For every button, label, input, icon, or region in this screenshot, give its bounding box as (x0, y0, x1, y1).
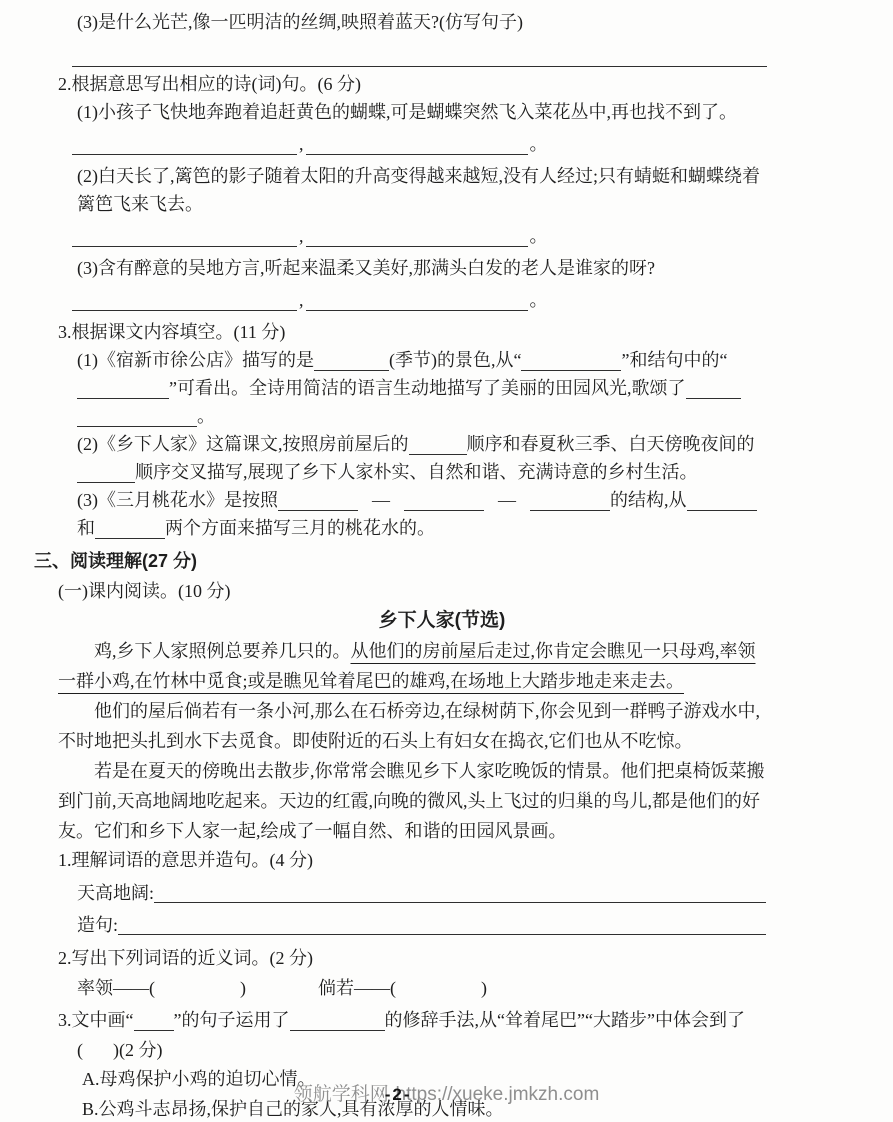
synonym-pair-2-close: ) (481, 978, 487, 998)
comma: , (297, 226, 306, 246)
question-2-item-2-text: (2)白天长了,篱笆的影子随着太阳的升高变得越来越短,没有人经过;只有蜻蜓和蝴蝶… (77, 166, 760, 214)
item-2-seg3: 顺序交叉描写,展现了乡下人家朴实、自然和谐、充满诗意的乡村生活。 (135, 462, 698, 482)
fill-blank (409, 436, 467, 455)
reading-q3-question: 3.文中画“”的句子运用了的修辞手法,从“耸着尾巴”“大踏步”中体会到了 (58, 1006, 766, 1034)
fill-blank (134, 1012, 174, 1031)
question-2-item-2: (2)白天长了,篱笆的影子随着太阳的升高变得越来越短,没有人经过;只有蜻蜓和蝴蝶… (58, 162, 766, 218)
rewrite-answer-row (58, 46, 766, 66)
fill-blank (687, 492, 757, 511)
fill-blank (314, 352, 389, 371)
answer-blank (72, 228, 297, 247)
reading-sub-heading: (一)课内阅读。(10 分) (58, 576, 766, 606)
answer-blank (72, 48, 767, 67)
paragraph-1-lead: 鸡,乡下人家照例总要养几只的。 (94, 641, 351, 661)
rewrite-question-text: (3)是什么光芒,像一匹明洁的丝绸,映照着蓝天?(仿写句子) (77, 12, 523, 32)
reading-q2-heading: 2.写出下列词语的近义词。(2 分) (58, 944, 766, 972)
answer-blank (154, 902, 766, 903)
fill-blank (521, 352, 621, 371)
fill-blank (278, 492, 358, 511)
structure-dash: — (484, 490, 530, 510)
passage-title: 乡下人家(节选) (58, 606, 826, 636)
reading-q1-heading-text: 1.理解词语的意思并造句。(4 分) (58, 850, 313, 870)
reading-sub-heading-text: (一)课内阅读。(10 分) (58, 581, 230, 601)
comma: , (297, 290, 306, 310)
question-3-item-1: (1)《宿新市徐公店》描写的是(季节)的景色,从“”和结句中的“”可看出。全诗用… (58, 346, 766, 430)
question-2-item-1: (1)小孩子飞快地奔跑着追赶黄色的蝴蝶,可是蝴蝶突然飞入菜花丛中,再也找不到了。 (58, 98, 766, 126)
watermark-url: https://xueke.jmkzh.com (396, 1084, 600, 1105)
period: 。 (528, 226, 550, 246)
question-3-heading-text: 3.根据课文内容填空。(11 分) (58, 322, 285, 342)
passage-paragraph-2: 他们的屋后倘若有一条小河,那么在石桥旁边,在绿树荫下,你会见到一群鸭子游戏水中,… (58, 696, 766, 756)
page-footer: 领航学科网-2-https://xueke.jmkzh.com (0, 1079, 893, 1106)
sentence-label: 造句: (77, 912, 118, 938)
sentence-row: 造句: (58, 912, 766, 938)
question-2-item-3: (3)含有醉意的吴地方言,听起来温柔又美好,那满头白发的老人是谁家的呀? (58, 254, 766, 282)
item-3-seg4: 两个方面来描写三月的桃花水的。 (165, 518, 435, 538)
watermark-site: 领航学科网 (294, 1084, 389, 1105)
question-2-heading: 2.根据意思写出相应的诗(词)句。(6 分) (58, 70, 766, 98)
passage-title-text: 乡下人家(节选) (379, 610, 506, 631)
period: 。 (528, 290, 550, 310)
item-2-seg1: (2)《乡下人家》这篇课文,按照房前屋后的 (77, 434, 409, 454)
item-3-seg2: 的结构,从 (610, 490, 687, 510)
fill-blank (404, 492, 484, 511)
synonym-pair-1-open: 率领——( (77, 978, 155, 998)
answer-row: ,。 (58, 133, 766, 155)
word-meaning-row: 天高地阔: (58, 880, 766, 906)
answer-blank (72, 292, 297, 311)
item-1-seg1: (1)《宿新市徐公店》描写的是 (77, 350, 314, 370)
reading-q2-heading-text: 2.写出下列词语的近义词。(2 分) (58, 948, 313, 968)
page-number: -2- (385, 1085, 412, 1104)
question-3-item-3: (3)《三月桃花水》是按照——的结构,从和两个方面来描写三月的桃花水的。 (58, 486, 766, 542)
word-label: 天高地阔: (77, 880, 154, 906)
item-1-seg3: ”和结句中的“ (621, 350, 727, 370)
exam-page: (3)是什么光芒,像一匹明洁的丝绸,映照着蓝天?(仿写句子) 2.根据意思写出相… (0, 0, 893, 1122)
comma: , (297, 134, 306, 154)
item-2-seg2: 顺序和春夏秋三季、白天傍晚夜间的 (467, 434, 755, 454)
answer-blank (72, 136, 297, 155)
answer-row: ,。 (58, 225, 766, 247)
reading-q3-seg2: ”的句子运用了 (174, 1010, 290, 1030)
reading-q3-answer-paren: ()(2 分) (58, 1036, 766, 1064)
rewrite-question: (3)是什么光芒,像一匹明洁的丝绸,映照着蓝天?(仿写句子) (58, 8, 766, 36)
fill-blank (77, 380, 169, 399)
fill-blank (686, 380, 741, 399)
answer-space (83, 1038, 113, 1056)
fill-blank (77, 408, 197, 427)
question-2-heading-text: 2.根据意思写出相应的诗(词)句。(6 分) (58, 74, 361, 94)
answer-space (155, 976, 240, 994)
answer-blank (306, 292, 528, 311)
fill-blank (290, 1012, 385, 1031)
reading-q3-seg3: 的修辞手法,从“耸着尾巴”“大踏步”中体会到了 (385, 1010, 745, 1030)
item-3-seg3: 和 (77, 518, 95, 538)
synonym-row: 率领——()倘若——() (58, 974, 766, 1002)
item-3-seg1: (3)《三月桃花水》是按照 (77, 490, 278, 510)
section-3-heading-text: 三、阅读理解(27 分) (34, 551, 197, 571)
section-3-heading: 三、阅读理解(27 分) (34, 546, 766, 576)
period: 。 (528, 134, 550, 154)
passage-paragraph-3: 若是在夏天的傍晚出去散步,你常常会瞧见乡下人家吃晚饭的情景。他们把桌椅饭菜搬到门… (58, 756, 766, 846)
question-3-item-2: (2)《乡下人家》这篇课文,按照房前屋后的顺序和春夏秋三季、白天傍晚夜间的顺序交… (58, 430, 766, 486)
synonym-pair-2-open: 倘若——( (318, 978, 396, 998)
answer-space (396, 976, 481, 994)
reading-q3-seg1: 3.文中画“ (58, 1010, 134, 1030)
structure-dash: — (358, 490, 404, 510)
answer-blank (306, 228, 528, 247)
reading-q1-heading: 1.理解词语的意思并造句。(4 分) (58, 846, 766, 874)
fill-blank (530, 492, 610, 511)
answer-blank (118, 934, 766, 935)
item-1-seg4: ”可看出。全诗用简洁的语言生动地描写了美丽的田园风光,歌颂了 (169, 378, 686, 398)
item-1-seg2: (季节)的景色,从“ (389, 350, 521, 370)
fill-blank (77, 464, 135, 483)
paren-close: )(2 分) (113, 1040, 162, 1060)
reading-passage: 鸡,乡下人家照例总要养几只的。从他们的房前屋后走过,你肯定会瞧见一只母鸡,率领一… (58, 636, 766, 846)
question-2-item-1-text: (1)小孩子飞快地奔跑着追赶黄色的蝴蝶,可是蝴蝶突然飞入菜花丛中,再也找不到了。 (77, 102, 737, 122)
question-2-item-3-text: (3)含有醉意的吴地方言,听起来温柔又美好,那满头白发的老人是谁家的呀? (77, 258, 655, 278)
gap (246, 976, 318, 994)
answer-blank (306, 136, 528, 155)
passage-paragraph-1: 鸡,乡下人家照例总要养几只的。从他们的房前屋后走过,你肯定会瞧见一只母鸡,率领一… (58, 636, 766, 696)
question-3-heading: 3.根据课文内容填空。(11 分) (58, 318, 766, 346)
answer-row: ,。 (58, 289, 766, 311)
item-1-seg5: 。 (197, 406, 215, 426)
fill-blank (95, 520, 165, 539)
